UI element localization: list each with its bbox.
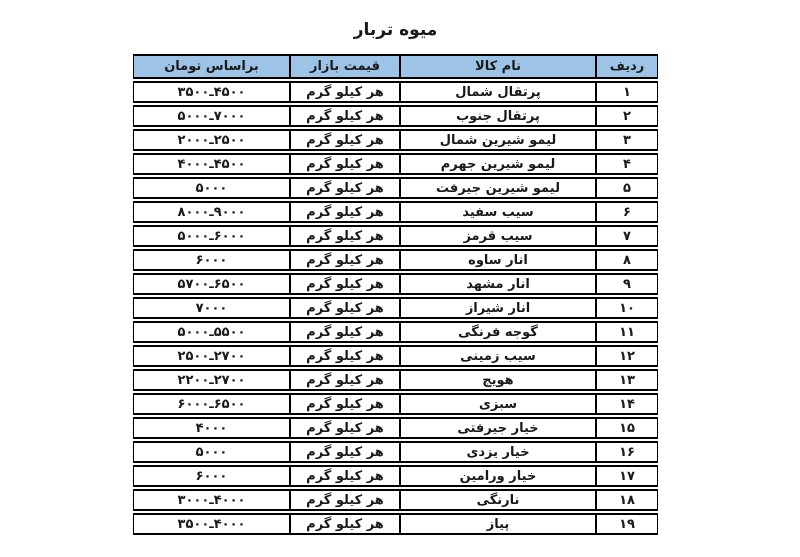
table-row: ۵لیمو شیرین جیرفتهر کیلو گرم۵۰۰۰ [133,177,658,199]
column-header-row-number: ردیف [596,54,658,79]
table-row: ۴لیمو شیرین جهرمهر کیلو گرم۴۰۰۰ـ۴۵۰۰ [133,153,658,175]
price-cell: ۶۰۰۰ [133,249,290,271]
price-cell: ۲۰۰۰ـ۲۵۰۰ [133,129,290,151]
unit-cell: هر کیلو گرم [290,105,400,127]
price-value: ۶۰۰۰ [196,253,228,268]
unit-cell: هر کیلو گرم [290,369,400,391]
row-number-cell: ۴ [596,153,658,175]
product-name-cell: انار ساوه [400,249,596,271]
row-number-cell: ۱۹ [596,513,658,535]
price-value: ۲۵۰۰ـ۲۷۰۰ [178,349,246,364]
row-number-cell: ۱۸ [596,489,658,511]
product-name-cell: سیب قرمز [400,225,596,247]
unit-cell: هر کیلو گرم [290,129,400,151]
price-value: ۴۰۰۰ [196,421,228,436]
price-cell: ۵۰۰۰ـ۶۰۰۰ [133,225,290,247]
price-value: ۳۵۰۰ـ۴۵۰۰ [178,85,246,100]
produce-price-table: ردیف نام کالا قیمت بازار براساس تومان ۱پ… [133,52,658,537]
price-value: ۵۰۰۰ [196,445,228,460]
unit-cell: هر کیلو گرم [290,465,400,487]
column-header-price-toman: براساس تومان [133,54,290,79]
table-row: ۱۷خیار ورامینهر کیلو گرم۶۰۰۰ [133,465,658,487]
unit-cell: هر کیلو گرم [290,441,400,463]
table-row: ۱۸نارنگیهر کیلو گرم۳۰۰۰ـ۴۰۰۰ [133,489,658,511]
row-number-cell: ۳ [596,129,658,151]
unit-cell: هر کیلو گرم [290,273,400,295]
row-number-cell: ۱۴ [596,393,658,415]
product-name-cell: پیاز [400,513,596,535]
product-name-cell: خیار یزدی [400,441,596,463]
table-row: ۱۹پیازهر کیلو گرم۳۵۰۰ـ۴۰۰۰ [133,513,658,535]
product-name-cell: خیار جیرفتی [400,417,596,439]
table-row: ۱پرتقال شمالهر کیلو گرم۳۵۰۰ـ۴۵۰۰ [133,81,658,103]
table-row: ۱۶خیار یزدیهر کیلو گرم۵۰۰۰ [133,441,658,463]
product-name-cell: سبزی [400,393,596,415]
unit-cell: هر کیلو گرم [290,489,400,511]
table-row: ۱۵خیار جیرفتیهر کیلو گرم۴۰۰۰ [133,417,658,439]
unit-cell: هر کیلو گرم [290,297,400,319]
price-cell: ۶۰۰۰ [133,465,290,487]
unit-cell: هر کیلو گرم [290,321,400,343]
price-value: ۷۰۰۰ [196,301,228,316]
row-number-cell: ۷ [596,225,658,247]
row-number-cell: ۹ [596,273,658,295]
product-name-cell: لیمو شیرین جهرم [400,153,596,175]
page-title: میوه تربار [133,20,658,40]
price-value: ۵۰۰۰ـ۷۰۰۰ [178,109,246,124]
price-cell: ۵۷۰۰ـ۶۵۰۰ [133,273,290,295]
price-cell: ۶۰۰۰ـ۶۵۰۰ [133,393,290,415]
price-cell: ۳۰۰۰ـ۴۰۰۰ [133,489,290,511]
table-row: ۶سیب سفیدهر کیلو گرم۸۰۰۰ـ۹۰۰۰ [133,201,658,223]
price-value: ۲۲۰۰ـ۲۷۰۰ [178,373,246,388]
price-cell: ۵۰۰۰ [133,441,290,463]
price-cell: ۲۵۰۰ـ۲۷۰۰ [133,345,290,367]
table-row: ۱۱گوجه فرنگیهر کیلو گرم۵۰۰۰ـ۵۵۰۰ [133,321,658,343]
price-cell: ۵۰۰۰ [133,177,290,199]
product-name-cell: لیمو شیرین شمال [400,129,596,151]
unit-cell: هر کیلو گرم [290,417,400,439]
table-row: ۸انار ساوههر کیلو گرم۶۰۰۰ [133,249,658,271]
unit-cell: هر کیلو گرم [290,153,400,175]
price-value: ۵۰۰۰ـ۶۰۰۰ [178,229,246,244]
price-cell: ۷۰۰۰ [133,297,290,319]
price-value: ۵۷۰۰ـ۶۵۰۰ [178,277,246,292]
price-value: ۶۰۰۰ـ۶۵۰۰ [178,397,246,412]
table-body: ۱پرتقال شمالهر کیلو گرم۳۵۰۰ـ۴۵۰۰۲پرتقال … [133,81,658,535]
unit-cell: هر کیلو گرم [290,81,400,103]
unit-cell: هر کیلو گرم [290,225,400,247]
product-name-cell: انار مشهد [400,273,596,295]
price-cell: ۳۵۰۰ـ۴۰۰۰ [133,513,290,535]
table-row: ۲پرتقال جنوبهر کیلو گرم۵۰۰۰ـ۷۰۰۰ [133,105,658,127]
table-row: ۱۴سبزیهر کیلو گرم۶۰۰۰ـ۶۵۰۰ [133,393,658,415]
row-number-cell: ۵ [596,177,658,199]
product-name-cell: خیار ورامین [400,465,596,487]
table-row: ۳لیمو شیرین شمالهر کیلو گرم۲۰۰۰ـ۲۵۰۰ [133,129,658,151]
price-value: ۳۵۰۰ـ۴۰۰۰ [178,517,246,532]
unit-cell: هر کیلو گرم [290,201,400,223]
product-name-cell: انار شیراز [400,297,596,319]
price-cell: ۴۰۰۰ـ۴۵۰۰ [133,153,290,175]
price-cell: ۸۰۰۰ـ۹۰۰۰ [133,201,290,223]
price-value: ۳۰۰۰ـ۴۰۰۰ [178,493,246,508]
row-number-cell: ۶ [596,201,658,223]
product-name-cell: سیب سفید [400,201,596,223]
unit-cell: هر کیلو گرم [290,249,400,271]
price-value: ۴۰۰۰ـ۴۵۰۰ [178,157,246,172]
product-name-cell: سیب زمینی [400,345,596,367]
table-row: ۹انار مشهدهر کیلو گرم۵۷۰۰ـ۶۵۰۰ [133,273,658,295]
column-header-market-price: قیمت بازار [290,54,400,79]
price-value: ۵۰۰۰ [196,181,228,196]
price-value: ۸۰۰۰ـ۹۰۰۰ [178,205,246,220]
row-number-cell: ۱۳ [596,369,658,391]
table-header-row: ردیف نام کالا قیمت بازار براساس تومان [133,54,658,79]
price-cell: ۲۲۰۰ـ۲۷۰۰ [133,369,290,391]
row-number-cell: ۸ [596,249,658,271]
unit-cell: هر کیلو گرم [290,177,400,199]
row-number-cell: ۱۰ [596,297,658,319]
price-cell: ۵۰۰۰ـ۵۵۰۰ [133,321,290,343]
table-row: ۱۲سیب زمینیهر کیلو گرم۲۵۰۰ـ۲۷۰۰ [133,345,658,367]
product-name-cell: هویج [400,369,596,391]
row-number-cell: ۱۲ [596,345,658,367]
row-number-cell: ۱۷ [596,465,658,487]
row-number-cell: ۱ [596,81,658,103]
unit-cell: هر کیلو گرم [290,345,400,367]
price-cell: ۴۰۰۰ [133,417,290,439]
document-page: میوه تربار ردیف نام کالا قیمت بازار براس… [0,0,800,557]
price-value: ۶۰۰۰ [196,469,228,484]
row-number-cell: ۱۶ [596,441,658,463]
column-header-product-name: نام کالا [400,54,596,79]
row-number-cell: ۱۱ [596,321,658,343]
price-value: ۲۰۰۰ـ۲۵۰۰ [178,133,246,148]
price-value: ۵۰۰۰ـ۵۵۰۰ [178,325,246,340]
table-row: ۱۳هویجهر کیلو گرم۲۲۰۰ـ۲۷۰۰ [133,369,658,391]
unit-cell: هر کیلو گرم [290,513,400,535]
row-number-cell: ۲ [596,105,658,127]
table-row: ۷سیب قرمزهر کیلو گرم۵۰۰۰ـ۶۰۰۰ [133,225,658,247]
product-name-cell: پرتقال شمال [400,81,596,103]
product-name-cell: نارنگی [400,489,596,511]
table-row: ۱۰انار شیرازهر کیلو گرم۷۰۰۰ [133,297,658,319]
row-number-cell: ۱۵ [596,417,658,439]
price-cell: ۵۰۰۰ـ۷۰۰۰ [133,105,290,127]
unit-cell: هر کیلو گرم [290,393,400,415]
product-name-cell: لیمو شیرین جیرفت [400,177,596,199]
price-cell: ۳۵۰۰ـ۴۵۰۰ [133,81,290,103]
product-name-cell: پرتقال جنوب [400,105,596,127]
product-name-cell: گوجه فرنگی [400,321,596,343]
